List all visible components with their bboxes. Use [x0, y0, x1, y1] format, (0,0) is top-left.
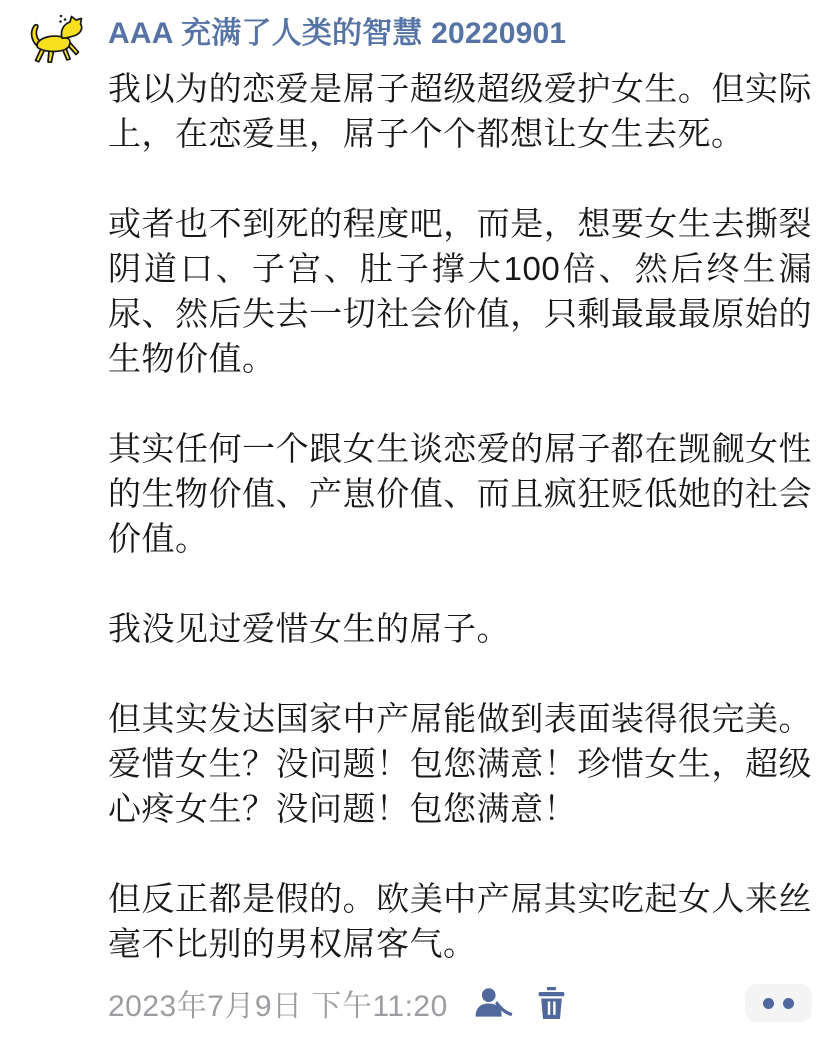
message-footer: 2023年7月9日 下午11:20 [108, 980, 812, 1026]
trash-icon [538, 987, 565, 1019]
message-body: 我以为的恋爱是屌子超级超级爱护女生。但实际上，在恋爱里，屌子个个都想让女生去死。… [108, 66, 812, 966]
message-post: AAA 充满了人类的智慧 20220901 我以为的恋爱是屌子超级超级爱护女生。… [0, 0, 830, 1038]
person-button[interactable] [474, 987, 514, 1019]
paragraph: 我以为的恋爱是屌子超级超级爱护女生。但实际上，在恋爱里，屌子个个都想让女生去死。 [108, 66, 812, 156]
more-dot-icon [763, 998, 774, 1009]
more-options-button[interactable] [745, 984, 812, 1022]
paragraph: 但其实发达国家中产屌能做到表面装得很完美。爱惜女生？没问题！包您满意！珍惜女生，… [108, 696, 812, 831]
paragraph: 或者也不到死的程度吧，而是，想要女生去撕裂阴道口、子宫、肚子撑大100倍、然后终… [108, 201, 812, 381]
paragraph: 但反正都是假的。欧美中产屌其实吃起女人来丝毫不比别的男权屌客气。 [108, 876, 812, 966]
timestamp: 2023年7月9日 下午11:20 [108, 981, 448, 1025]
avatar[interactable] [23, 11, 87, 67]
paragraph: 其实任何一个跟女生谈恋爱的屌子都在觊觎女性的生物价值、产崽价值、而且疯狂贬低她的… [108, 426, 812, 561]
person-icon [474, 987, 514, 1019]
paragraph: 我没见过爱惜女生的屌子。 [108, 606, 812, 651]
cat-avatar-icon [23, 11, 87, 67]
delete-button[interactable] [538, 987, 565, 1019]
post-title[interactable]: AAA 充满了人类的智慧 20220901 [108, 16, 812, 52]
more-dot-icon [783, 998, 794, 1009]
